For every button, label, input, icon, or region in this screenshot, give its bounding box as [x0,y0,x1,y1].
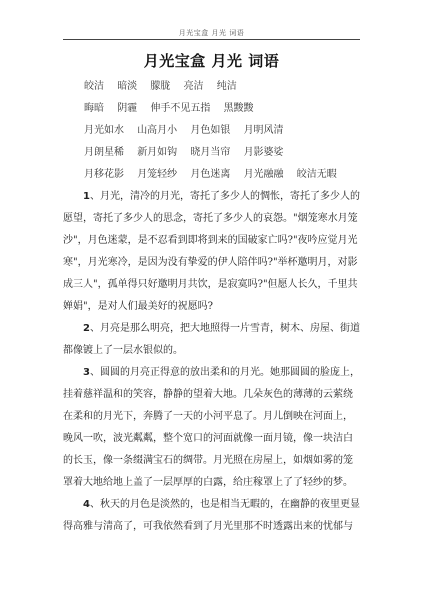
text-line: 的长玉，像一条缀满宝石的绸带。月光照在房屋上，如烟如雾的笼 [63,450,363,472]
text-line: 得高雅与清高了，可我依然看到了月光里那不时透露出来的忧郁与 [63,516,363,538]
word-row: 月朗星稀 新月如钩 晓月当帘 月影婆娑 [84,142,384,164]
paragraph-number: 4 [83,499,90,510]
word: 皎洁无暇 [297,169,337,180]
text-line: 愿望，寄托了多少人的思念，寄托了多少人的哀怨。"烟笼寒水月笼 [63,208,363,230]
word: 亮洁 [184,81,204,92]
page-title: 月光宝盒 月光 词语 [0,50,423,71]
word: 纯洁 [217,81,237,92]
word: 月明风清 [244,125,284,136]
word: 月影婆娑 [244,147,284,158]
paragraph-3: 3、圆圆的月亮正得意的放出柔和的月光。她那圆圆的脸庞上， 挂着慈祥温和的笑容，静… [63,362,363,494]
word: 新月如钩 [137,147,177,158]
word: 月光如水 [84,125,124,136]
paragraph-number: 3 [83,367,90,378]
word: 月光融融 [244,169,284,180]
text-line: 罩着大地给地上盖了一层厚厚的白露，给庄稼罩上了了轻纱的梦。 [63,472,363,494]
text-line-content: 、圆圆的月亮正得意的放出柔和的月光。她那圆圆的脸庞上， [90,367,360,378]
word-row: 晦暗 阴霾 伸手不见五指 黑黢黢 [84,98,384,120]
text-line: 成三人"，孤单得只好邀明月共饮，是寂寞吗?"但愿人长久，千里共 [63,274,363,296]
word: 月笼轻纱 [137,169,177,180]
text-line: 寒"，月光寒冷，是因为没有挚爱的伊人陪伴吗?"举杯邀明月，对影 [63,252,363,274]
text-line: 3、圆圆的月亮正得意的放出柔和的月光。她那圆圆的脸庞上， [63,362,363,384]
word: 皎洁 [84,81,104,92]
text-line-content: 、月亮是那么明亮，把大地照得一片雪青，树木、房屋、街道 [90,323,360,334]
document-page: 月光宝盒 月光 词语 月光宝盒 月光 词语 皎洁 暗淡 朦胧 亮洁 纯洁 晦暗 … [0,0,423,600]
word-list: 皎洁 暗淡 朦胧 亮洁 纯洁 晦暗 阴霾 伸手不见五指 黑黢黢 月光如水 山高月… [84,76,384,186]
running-header: 月光宝盒 月光 词语 [63,28,360,38]
word: 山高月小 [137,125,177,136]
text-line: 挂着慈祥温和的笑容，静静的望着大地。几朵灰色的薄薄的云萦绕 [63,384,363,406]
word: 月移花影 [84,169,124,180]
word: 阴霾 [117,103,137,114]
word: 月朗星稀 [84,147,124,158]
text-line: 在柔和的月光下，奔腾了一天的小河平息了。月儿倒映在河面上， [63,406,363,428]
word: 伸手不见五指 [150,103,210,114]
word: 黑黢黢 [224,103,254,114]
word: 晦暗 [84,103,104,114]
text-line: 1、月光，清冷的月光，寄托了多少人的惆怅，寄托了多少人的 [63,186,363,208]
text-line: 婵娟"，是对人们最美好的祝愿吗? [63,296,363,318]
header-divider [63,39,360,40]
text-line: 4、秋天的月色是淡然的，也是相当无暇的，在幽静的夜里更显 [63,494,363,516]
text-line-content: 、月光，清冷的月光，寄托了多少人的惆怅，寄托了多少人的 [90,191,360,202]
paragraph-number: 1 [83,191,90,202]
text-line: 2、月亮是那么明亮，把大地照得一片雪青，树木、房屋、街道 [63,318,363,340]
word-row: 月光如水 山高月小 月色如银 月明风清 [84,120,384,142]
text-line: 都像镀上了一层水银似的。 [63,340,363,362]
word: 月色如银 [190,125,230,136]
text-line-content: 、秋天的月色是淡然的，也是相当无暇的，在幽静的夜里更显 [90,499,360,510]
paragraph-1: 1、月光，清冷的月光，寄托了多少人的惆怅，寄托了多少人的 愿望，寄托了多少人的思… [63,186,363,318]
paragraph-4: 4、秋天的月色是淡然的，也是相当无暇的，在幽静的夜里更显 得高雅与清高了，可我依… [63,494,363,538]
word: 月色迷离 [190,169,230,180]
word-row: 皎洁 暗淡 朦胧 亮洁 纯洁 [84,76,384,98]
paragraph-2: 2、月亮是那么明亮，把大地照得一片雪青，树木、房屋、街道 都像镀上了一层水银似的… [63,318,363,362]
word: 朦胧 [150,81,170,92]
word: 暗淡 [117,81,137,92]
body-text: 1、月光，清冷的月光，寄托了多少人的惆怅，寄托了多少人的 愿望，寄托了多少人的思… [63,186,363,538]
word-row: 月移花影 月笼轻纱 月色迷离 月光融融 皎洁无暇 [84,164,384,186]
word: 晓月当帘 [190,147,230,158]
text-line: 晚风一吹，波光粼粼，整个宽口的河面就像一面月镜，像一块洁白 [63,428,363,450]
text-line: 沙"，月色迷蒙，是不忍看到即将到来的国破家亡吗?"夜吟应觉月光 [63,230,363,252]
paragraph-number: 2 [83,323,90,334]
